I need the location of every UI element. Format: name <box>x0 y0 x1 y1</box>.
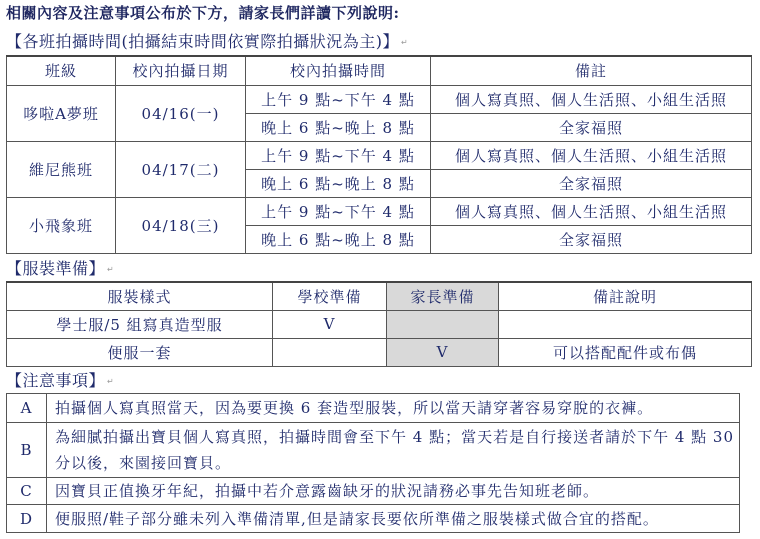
shoot-note: 全家福照 <box>431 169 752 197</box>
table-row: 小飛象班 04/18(三) 上午 9 點~下午 4 點 個人寫真照、個人生活照、… <box>7 197 752 225</box>
clothing-note <box>499 310 752 338</box>
header-remark: 備註說明 <box>499 282 752 310</box>
note-label: C <box>7 478 47 505</box>
header-parent: 家長準備 <box>387 282 499 310</box>
clothing-style: 學士服/5 組寫真造型服 <box>7 310 273 338</box>
shoot-time: 上午 9 點~下午 4 點 <box>246 197 431 225</box>
parent-check <box>387 310 499 338</box>
school-check: V <box>273 310 387 338</box>
class-name: 小飛象班 <box>7 197 116 253</box>
table-row: D 便服照/鞋子部分雖未列入準備清單,但是請家長要依所準備之服裝樣式做合宜的搭配… <box>7 505 740 533</box>
header-note: 備註 <box>431 56 752 85</box>
note-text: 為細膩拍攝出寶貝個人寫真照，拍攝時間會至下午 4 點；當天若是自行接送者請於下午… <box>47 423 740 478</box>
shoot-note: 全家福照 <box>431 225 752 253</box>
header-date: 校內拍攝日期 <box>116 56 246 85</box>
header-style: 服裝樣式 <box>7 282 273 310</box>
note-label: B <box>7 423 47 478</box>
shoot-note: 個人寫真照、個人生活照、小組生活照 <box>431 141 752 169</box>
header-time: 校內拍攝時間 <box>246 56 431 85</box>
schedule-section-title: 【各班拍攝時間(拍攝結束時間依實際拍攝狀況為主)】↵ <box>6 29 408 52</box>
parent-check: V <box>387 338 499 366</box>
shoot-note: 個人寫真照、個人生活照、小組生活照 <box>431 197 752 225</box>
shoot-time: 上午 9 點~下午 4 點 <box>246 85 431 113</box>
header-class: 班級 <box>7 56 116 85</box>
shoot-note: 全家福照 <box>431 113 752 141</box>
note-label: A <box>7 394 47 423</box>
shoot-time: 晚上 6 點~晚上 8 點 <box>246 113 431 141</box>
shoot-time: 晚上 6 點~晚上 8 點 <box>246 169 431 197</box>
table-row: A 拍攝個人寫真照當天，因為要更換 6 套造型服裝，所以當天請穿著容易穿脫的衣褲… <box>7 394 740 423</box>
header-school: 學校準備 <box>273 282 387 310</box>
table-row: 學士服/5 組寫真造型服 V <box>7 310 752 338</box>
notes-table: A 拍攝個人寫真照當天，因為要更換 6 套造型服裝，所以當天請穿著容易穿脫的衣褲… <box>6 393 740 533</box>
school-check <box>273 338 387 366</box>
notes-section-title: 【注意事項】↵ <box>6 368 114 391</box>
shoot-note: 個人寫真照、個人生活照、小組生活照 <box>431 85 752 113</box>
clothing-note: 可以搭配配件或布偶 <box>499 338 752 366</box>
shoot-time: 晚上 6 點~晚上 8 點 <box>246 225 431 253</box>
class-name: 維尼熊班 <box>7 141 116 197</box>
table-row: 哆啦A夢班 04/16(一) 上午 9 點~下午 4 點 個人寫真照、個人生活照… <box>7 85 752 113</box>
schedule-table: 班級 校內拍攝日期 校內拍攝時間 備註 哆啦A夢班 04/16(一) 上午 9 … <box>6 55 752 254</box>
shoot-date: 04/18(三) <box>116 197 246 253</box>
note-text: 拍攝個人寫真照當天，因為要更換 6 套造型服裝，所以當天請穿著容易穿脫的衣褲。 <box>47 394 740 423</box>
note-label: D <box>7 505 47 533</box>
table-row: B 為細膩拍攝出寶貝個人寫真照，拍攝時間會至下午 4 點；當天若是自行接送者請於… <box>7 423 740 478</box>
intro-text: 相關內容及注意事項公布於下方，請家長們詳讀下列說明: <box>6 2 400 23</box>
clothing-table: 服裝樣式 學校準備 家長準備 備註說明 學士服/5 組寫真造型服 V 便服一套 … <box>6 281 752 367</box>
table-row: C 因寶貝正值換牙年紀，拍攝中若介意露齒缺牙的狀況請務必事先告知班老師。 <box>7 478 740 505</box>
clothing-header-row: 服裝樣式 學校準備 家長準備 備註說明 <box>7 282 752 310</box>
class-name: 哆啦A夢班 <box>7 85 116 141</box>
note-text: 便服照/鞋子部分雖未列入準備清單,但是請家長要依所準備之服裝樣式做合宜的搭配。 <box>47 505 740 533</box>
clothing-style: 便服一套 <box>7 338 273 366</box>
clothing-section-title: 【服裝準備】↵ <box>6 256 114 279</box>
shoot-date: 04/16(一) <box>116 85 246 141</box>
note-text: 因寶貝正值換牙年紀，拍攝中若介意露齒缺牙的狀況請務必事先告知班老師。 <box>47 478 740 505</box>
table-row: 維尼熊班 04/17(二) 上午 9 點~下午 4 點 個人寫真照、個人生活照、… <box>7 141 752 169</box>
schedule-header-row: 班級 校內拍攝日期 校內拍攝時間 備註 <box>7 56 752 85</box>
shoot-time: 上午 9 點~下午 4 點 <box>246 141 431 169</box>
table-row: 便服一套 V 可以搭配配件或布偶 <box>7 338 752 366</box>
shoot-date: 04/17(二) <box>116 141 246 197</box>
